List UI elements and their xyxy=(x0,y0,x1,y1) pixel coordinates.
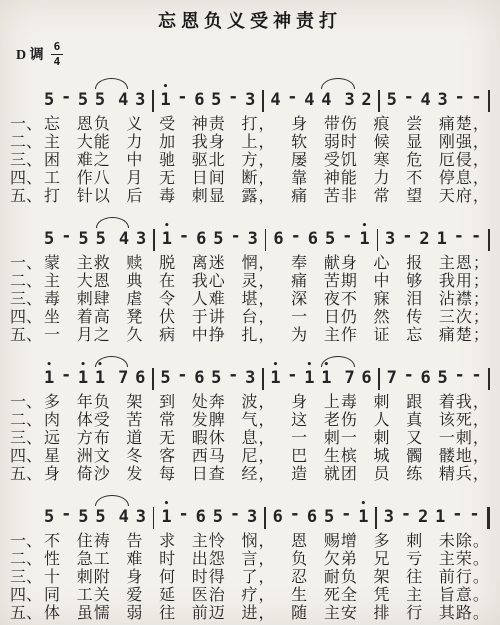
lyric-cell: 住祷 xyxy=(77,533,111,551)
note-number: 1 xyxy=(435,509,445,526)
jianpu-note: •1 xyxy=(78,370,88,387)
lyric-cell: 着我， xyxy=(439,394,490,412)
lyric-cell: 寐 xyxy=(374,291,391,309)
octave-dot: • xyxy=(97,361,102,370)
lyric-cell: 露， xyxy=(241,188,275,206)
octave-dot: • xyxy=(46,361,51,370)
slur-group: 54 xyxy=(95,92,129,109)
meter-top: 6 xyxy=(51,41,64,55)
lyric-cell: 处奔 xyxy=(192,394,226,412)
jianpu-note: 6 xyxy=(194,92,204,109)
final-barline xyxy=(487,507,490,529)
lyric-cell: 恩 xyxy=(291,533,308,551)
lyric-cell: 上， xyxy=(241,134,275,152)
jianpu-note: 5 xyxy=(211,92,221,109)
jianpu-note: 7 xyxy=(344,370,354,387)
jianpu-note: 6 xyxy=(273,509,283,526)
lyric-cell: 经， xyxy=(241,466,275,484)
jianpu-note: 2 xyxy=(419,231,429,248)
notation-line: •1-•1•1765-65-3•1-•1•1767-65-- xyxy=(44,352,490,387)
lyric-cells: 主大恩典在我心灵，痛苦期中够我用； xyxy=(44,273,490,291)
note-number: 5 xyxy=(78,92,88,109)
lyric-cell: 常 xyxy=(374,188,391,206)
jianpu-note: 5 xyxy=(44,509,54,526)
verse-number: 一、 xyxy=(10,255,44,273)
note-number: 5 xyxy=(213,509,223,526)
lyric-cell: 大能 xyxy=(77,134,111,152)
lyric-cells: 肉体受苦常发脾气，这老伤人真该死， xyxy=(44,412,490,430)
lyric-cell: 为 xyxy=(291,327,308,345)
note-number: 1 xyxy=(161,509,171,526)
lyric-cell: 刚强， xyxy=(439,134,490,152)
jianpu-note: 4 xyxy=(118,92,128,109)
lyric-cell: 老伤 xyxy=(324,412,358,430)
note-number: 1 xyxy=(359,231,369,248)
note-number: 4 xyxy=(421,92,431,109)
lyric-cell: 髑 xyxy=(406,448,423,466)
lyric-cell: 离迷 xyxy=(192,255,226,273)
lyric-cell: 困 xyxy=(44,152,61,170)
slur-group: 43 xyxy=(321,92,355,109)
lyric-cell: 我身 xyxy=(192,134,226,152)
lyric-cell: 凭 xyxy=(374,587,391,605)
notation-line: 5-5543•1-65-34-44325-43-- xyxy=(44,74,490,109)
note-number: 5 xyxy=(438,370,448,387)
lyric-cell: 了， xyxy=(241,569,275,587)
lyric-cell: 时得 xyxy=(192,569,226,587)
verse-number: 四、 xyxy=(10,309,44,327)
note-number: 6 xyxy=(273,509,283,526)
lyric-cell: 不 xyxy=(44,533,61,551)
lyric-cell: 身 xyxy=(126,569,143,587)
lyric-cell: 未除。 xyxy=(439,533,490,551)
lyric-cell: 夜不 xyxy=(324,291,358,309)
note-number: 1 xyxy=(162,231,172,248)
note-number: 6 xyxy=(196,231,206,248)
lyric-cell: 主怜 xyxy=(192,533,226,551)
verse-block: 一、多年负架到处奔波，身上毒刺跟着我，二、肉体受苦常发脾气，这老伤人真该死，三、… xyxy=(10,394,490,484)
barline xyxy=(265,229,267,251)
octave-dot: • xyxy=(273,361,278,370)
lyric-cells: 多年负架到处奔波，身上毒刺跟着我， xyxy=(44,394,490,412)
jianpu-note: 5 xyxy=(44,231,54,248)
lyric-cell: 耐负 xyxy=(324,569,358,587)
lyric-cell: 亏 xyxy=(406,551,423,569)
jianpu-note: 6 xyxy=(361,370,371,387)
lyric-cell: 于讲 xyxy=(192,309,226,327)
verse-row: 二、主大恩典在我心灵，痛苦期中够我用； xyxy=(10,273,490,291)
note-number: 6 xyxy=(307,509,317,526)
lyric-cell: 毒 xyxy=(44,291,61,309)
duration-dash: - xyxy=(61,367,71,387)
lyric-cell: 惘， xyxy=(241,255,275,273)
lyric-cell: 行 xyxy=(406,605,423,623)
lyric-cells: 性急工难时出怨言，负欠弟兄亏主荣。 xyxy=(44,551,490,569)
verse-row: 三、十刺附身何时得了，忍耐负架往前行。 xyxy=(10,569,490,587)
lyric-cell: 证 xyxy=(374,327,391,345)
lyric-cell: 心 xyxy=(374,255,391,273)
verse-number: 五、 xyxy=(10,605,44,623)
lyric-cell: 难之 xyxy=(77,152,111,170)
key-label: D 调 xyxy=(16,44,44,64)
verse-number: 五、 xyxy=(10,466,44,484)
note-number: 3 xyxy=(135,92,145,109)
lyric-cell: 脱 xyxy=(159,255,176,273)
note-number: 4 xyxy=(119,231,129,248)
lyric-cell: 日查 xyxy=(192,466,226,484)
lyric-cell: 架 xyxy=(126,394,143,412)
note-number: 5 xyxy=(324,509,334,526)
lyric-cell: 言， xyxy=(241,551,275,569)
octave-dot: • xyxy=(362,222,367,231)
lyric-cell: 暇休 xyxy=(192,430,226,448)
lyric-cells: 同工关爱延医治疗，生死全凭主旨意。 xyxy=(44,587,490,605)
verse-row: 一、忘恩负义受神责打，身带伤痕尝痛楚， xyxy=(10,116,490,134)
lyric-cell: 疗， xyxy=(241,587,275,605)
jianpu-note: 5 xyxy=(78,509,88,526)
lyric-cell: 旨意。 xyxy=(439,587,490,605)
duration-dash: - xyxy=(228,367,238,387)
duration-dash: - xyxy=(178,506,188,526)
duration-dash: - xyxy=(61,89,71,109)
octave-dot: • xyxy=(324,361,329,370)
lyric-cell: 针以 xyxy=(77,188,111,206)
duration-dash: - xyxy=(454,89,464,109)
lyric-cell: 驰 xyxy=(159,152,176,170)
jianpu-note: 5 xyxy=(44,92,54,109)
lyric-cell: 望 xyxy=(406,188,423,206)
note-number: 4 xyxy=(119,509,129,526)
lyric-cell: 死全 xyxy=(324,587,358,605)
jianpu-note: 3 xyxy=(245,370,255,387)
lyric-cells: 坐着高凳伏于讲台，一日仍然传三次； xyxy=(44,309,490,327)
lyric-cell: 厄侵， xyxy=(439,152,490,170)
lyric-cell: 到 xyxy=(159,394,176,412)
verse-row: 二、肉体受苦常发脾气，这老伤人真该死， xyxy=(10,412,490,430)
jianpu-note: 7 xyxy=(118,370,128,387)
lyric-cell: 跟 xyxy=(406,394,423,412)
jianpu-note: 5 xyxy=(438,370,448,387)
lyric-cell: 中挣 xyxy=(192,327,226,345)
lyric-cells: 远方布道无暇休息，一刺一刺又一刺， xyxy=(44,430,490,448)
jianpu-note: 5 xyxy=(160,370,170,387)
lyric-cell: 多 xyxy=(374,533,391,551)
lyric-cell: 主 xyxy=(44,134,61,152)
lyric-cell: 其路。 xyxy=(439,605,490,623)
lyric-cell: 恩负 xyxy=(77,116,111,134)
note-number: 5 xyxy=(211,92,221,109)
slur-arc xyxy=(95,78,129,89)
lyric-cell: 典 xyxy=(126,273,143,291)
lyric-cell: 弱时 xyxy=(324,134,358,152)
note-number: 3 xyxy=(247,509,257,526)
jianpu-note: 6 xyxy=(273,231,283,248)
lyric-cell: 沾襟； xyxy=(439,291,490,309)
lyric-cell: 何 xyxy=(159,569,176,587)
lyric-cells: 工作八月无日间断，靠神能力不停息， xyxy=(44,170,490,188)
lyric-cell: 寒 xyxy=(374,152,391,170)
note-number: 5 xyxy=(44,231,54,248)
verse-number: 二、 xyxy=(10,412,44,430)
verse-block: 一、忘恩负义受神责打，身带伤痕尝痛楚，二、主大能力加我身上，软弱时候显刚强，三、… xyxy=(10,116,490,206)
note-number: 3 xyxy=(136,509,146,526)
duration-dash: - xyxy=(287,367,297,387)
lyric-cell: 作八 xyxy=(77,170,111,188)
lyric-cell: 负 xyxy=(291,551,308,569)
lyric-cell: 三次； xyxy=(439,309,490,327)
jianpu-note: 6 xyxy=(308,231,318,248)
note-number: 6 xyxy=(194,92,204,109)
jianpu-note: 3 xyxy=(438,92,448,109)
barline xyxy=(488,90,490,112)
lyric-cell: 又 xyxy=(406,430,423,448)
lyric-cell: 主作 xyxy=(324,327,358,345)
jianpu-note: 5 xyxy=(325,231,335,248)
barline xyxy=(375,507,377,529)
lyric-cell: 方布 xyxy=(77,430,111,448)
lyric-cell: 刺 xyxy=(374,430,391,448)
verse-block: 一、蒙主救赎脱离迷惘，奉献身心报主恩；二、主大恩典在我心灵，痛苦期中够我用；三、… xyxy=(10,255,490,345)
lyric-cell: 苦 xyxy=(126,412,143,430)
lyric-cell: 这 xyxy=(291,412,308,430)
lyric-cell: 主安 xyxy=(324,605,358,623)
duration-dash: - xyxy=(454,367,464,387)
duration-dash: - xyxy=(290,506,300,526)
note-number: 1 xyxy=(95,370,105,387)
lyric-cell: 急工 xyxy=(77,551,111,569)
verse-number: 三、 xyxy=(10,152,44,170)
lyric-cell: 客 xyxy=(159,448,176,466)
jianpu-note: 5 xyxy=(95,92,105,109)
lyric-cell: 西马 xyxy=(192,448,226,466)
notation-line: 5-5543•1-65-36-65-•13-21-- xyxy=(44,491,490,526)
lyric-cell: 月 xyxy=(126,170,143,188)
lyric-cell: 显 xyxy=(406,134,423,152)
note-number: 5 xyxy=(96,231,106,248)
jianpu-note: •1 xyxy=(95,370,105,387)
verse-row: 三、远方布道无暇休息，一刺一刺又一刺， xyxy=(10,430,490,448)
jianpu-note: 5 xyxy=(96,231,106,248)
duration-dash: - xyxy=(341,506,351,526)
note-number: 1 xyxy=(437,231,447,248)
octave-dot: • xyxy=(163,83,168,92)
duration-dash: - xyxy=(342,228,352,248)
verse-number: 四、 xyxy=(10,587,44,605)
lyric-cell: 员 xyxy=(374,466,391,484)
duration-dash: - xyxy=(402,228,412,248)
note-number: 2 xyxy=(418,509,428,526)
lyric-cell: 尼， xyxy=(241,448,275,466)
note-number: 3 xyxy=(245,92,255,109)
verse-number: 四、 xyxy=(10,170,44,188)
jianpu-note: 2 xyxy=(418,509,428,526)
jianpu-note: •1 xyxy=(321,370,331,387)
lyric-cell: 刺一 xyxy=(324,430,358,448)
lyric-cell: 主救 xyxy=(77,255,111,273)
lyric-cell: 中 xyxy=(374,273,391,291)
score: 5-5543•1-65-34-44325-43--一、忘恩负义受神责打，身带伤痕… xyxy=(0,74,500,623)
jianpu-note: 6 xyxy=(196,231,206,248)
lyric-cell: 日间 xyxy=(192,170,226,188)
duration-dash: - xyxy=(471,367,481,387)
lyric-cell: 受饥 xyxy=(324,152,358,170)
lyric-cell: 忍 xyxy=(291,569,308,587)
lyric-cell: 身 xyxy=(291,116,308,134)
note-number: 5 xyxy=(44,92,54,109)
lyric-cell: 远 xyxy=(44,430,61,448)
jianpu-note: 3 xyxy=(135,92,145,109)
lyric-cell: 力 xyxy=(126,134,143,152)
note-number: 5 xyxy=(325,231,335,248)
lyric-cell: 蒙 xyxy=(44,255,61,273)
jianpu-note: 1 xyxy=(437,231,447,248)
lyric-cell: 肉 xyxy=(44,412,61,430)
lyric-cell: 人 xyxy=(374,412,391,430)
verse-row: 二、主大能力加我身上，软弱时候显刚强， xyxy=(10,134,490,152)
lyric-cell: 每 xyxy=(159,466,176,484)
lyric-cell: 加 xyxy=(159,134,176,152)
lyric-cell: 打 xyxy=(44,188,61,206)
lyric-cell: 体受 xyxy=(77,412,111,430)
jianpu-note: 3 xyxy=(248,231,258,248)
jianpu-note: •1 xyxy=(270,370,280,387)
lyric-cell: 一 xyxy=(44,327,61,345)
lyric-cell: 爱 xyxy=(126,587,143,605)
verse-block: 一、不住祷告求主怜悯，恩赐增多刺未除。二、性急工难时出怨言，负欠弟兄亏主荣。三、… xyxy=(10,533,490,623)
lyric-cell: 我用； xyxy=(439,273,490,291)
jianpu-note: 4 xyxy=(270,92,280,109)
lyric-cell: 主 xyxy=(44,273,61,291)
jianpu-note: •1 xyxy=(359,231,369,248)
barline xyxy=(262,368,264,390)
duration-dash: - xyxy=(471,89,481,109)
barline xyxy=(262,90,264,112)
octave-dot: • xyxy=(80,361,85,370)
lyric-cell: 尝 xyxy=(406,116,423,134)
jianpu-note: 1 xyxy=(435,509,445,526)
note-number: 4 xyxy=(321,92,331,109)
verse-number: 二、 xyxy=(10,134,44,152)
note-number: 5 xyxy=(160,370,170,387)
verse-number: 二、 xyxy=(10,273,44,291)
lyric-cell: 深 xyxy=(291,291,308,309)
lyric-cells: 忘恩负义受神责打，身带伤痕尝痛楚， xyxy=(44,116,490,134)
note-number: 6 xyxy=(361,370,371,387)
lyric-cells: 一月之久病中挣扎，为主作证忘痛楚； xyxy=(44,327,490,345)
duration-dash: - xyxy=(61,228,71,248)
verse-number: 一、 xyxy=(10,533,44,551)
jianpu-note: •1 xyxy=(160,92,170,109)
lyric-cell: 软 xyxy=(291,134,308,152)
octave-dot: • xyxy=(307,361,312,370)
duration-dash: - xyxy=(179,228,189,248)
verse-row: 一、蒙主救赎脱离迷惘，奉献身心报主恩； xyxy=(10,255,490,273)
lyric-cell: 停息， xyxy=(439,170,490,188)
note-number: 6 xyxy=(135,370,145,387)
lyric-cell: 力 xyxy=(374,170,391,188)
lyric-cell: 赐增 xyxy=(324,533,358,551)
note-number: 5 xyxy=(95,509,105,526)
lyric-cell: 病 xyxy=(159,327,176,345)
verse-row: 五、身倚沙发每日查经，造就团员练精兵， xyxy=(10,466,490,484)
lyric-cell: 苦非 xyxy=(324,188,358,206)
octave-dot: • xyxy=(164,500,169,509)
jianpu-note: 6 xyxy=(194,370,204,387)
lyric-cell: 波， xyxy=(241,394,275,412)
lyric-cell: 难 xyxy=(126,551,143,569)
lyric-cell: 弱 xyxy=(126,605,143,623)
octave-dot: • xyxy=(361,500,366,509)
verse-number: 二、 xyxy=(10,551,44,569)
note-number: 4 xyxy=(270,92,280,109)
lyric-cell: 台， xyxy=(241,309,275,327)
jianpu-note: 6 xyxy=(196,509,206,526)
note-number: 2 xyxy=(361,92,371,109)
lyric-cell: 道 xyxy=(126,430,143,448)
lyric-cell: 受 xyxy=(159,116,176,134)
system: 5-5543•1-65-34-44325-43--一、忘恩负义受神责打，身带伤痕… xyxy=(10,74,490,206)
note-number: 1 xyxy=(321,370,331,387)
lyric-cell: 毒 xyxy=(159,188,176,206)
lyric-cell: 主恩； xyxy=(439,255,490,273)
lyric-cell: 刺显 xyxy=(192,188,226,206)
lyric-cell: 神能 xyxy=(324,170,358,188)
slur-group: 54 xyxy=(96,231,130,248)
lyric-cell: 在 xyxy=(159,273,176,291)
lyric-cell: 痛楚， xyxy=(439,116,490,134)
barline xyxy=(153,507,155,529)
duration-dash: - xyxy=(291,228,301,248)
barline xyxy=(378,90,380,112)
duration-dash: - xyxy=(471,228,481,248)
note-number: 5 xyxy=(78,509,88,526)
lyric-cell: 虽懦 xyxy=(77,605,111,623)
lyric-cell: 上毒 xyxy=(324,394,358,412)
lyric-cell: 一 xyxy=(291,309,308,327)
lyric-cell: 主 xyxy=(406,587,423,605)
verse-number: 三、 xyxy=(10,291,44,309)
jianpu-note: 5 xyxy=(213,231,223,248)
octave-dot: • xyxy=(164,222,169,231)
note-number: 4 xyxy=(118,92,128,109)
lyric-cells: 星洲文冬客西马尼，巴生槟城髑髅地， xyxy=(44,448,490,466)
lyric-cell: 息， xyxy=(241,430,275,448)
lyric-cell: 生 xyxy=(291,587,308,605)
duration-dash: - xyxy=(401,506,411,526)
lyric-cell: 人难 xyxy=(192,291,226,309)
lyric-cells: 主大能力加我身上，软弱时候显刚强， xyxy=(44,134,490,152)
note-number: 6 xyxy=(308,231,318,248)
lyric-cell: 倚沙 xyxy=(77,466,111,484)
jianpu-note: 4 xyxy=(119,231,129,248)
lyric-cell: 灵， xyxy=(241,273,275,291)
duration-dash: - xyxy=(228,89,238,109)
note-number: 3 xyxy=(384,509,394,526)
lyric-cell: 兄 xyxy=(374,551,391,569)
note-number: 7 xyxy=(118,370,128,387)
lyric-cell: 无 xyxy=(159,170,176,188)
lyric-cell: 进， xyxy=(241,605,275,623)
lyric-cell: 候 xyxy=(374,134,391,152)
lyric-cell: 气， xyxy=(241,412,275,430)
note-number: 3 xyxy=(245,370,255,387)
lyric-cell: 苦期 xyxy=(324,273,358,291)
lyric-cell: 往 xyxy=(406,569,423,587)
duration-dash: - xyxy=(177,367,187,387)
lyric-cell: 十 xyxy=(44,569,61,587)
verse-number: 一、 xyxy=(10,394,44,412)
lyric-cell: 多 xyxy=(44,394,61,412)
